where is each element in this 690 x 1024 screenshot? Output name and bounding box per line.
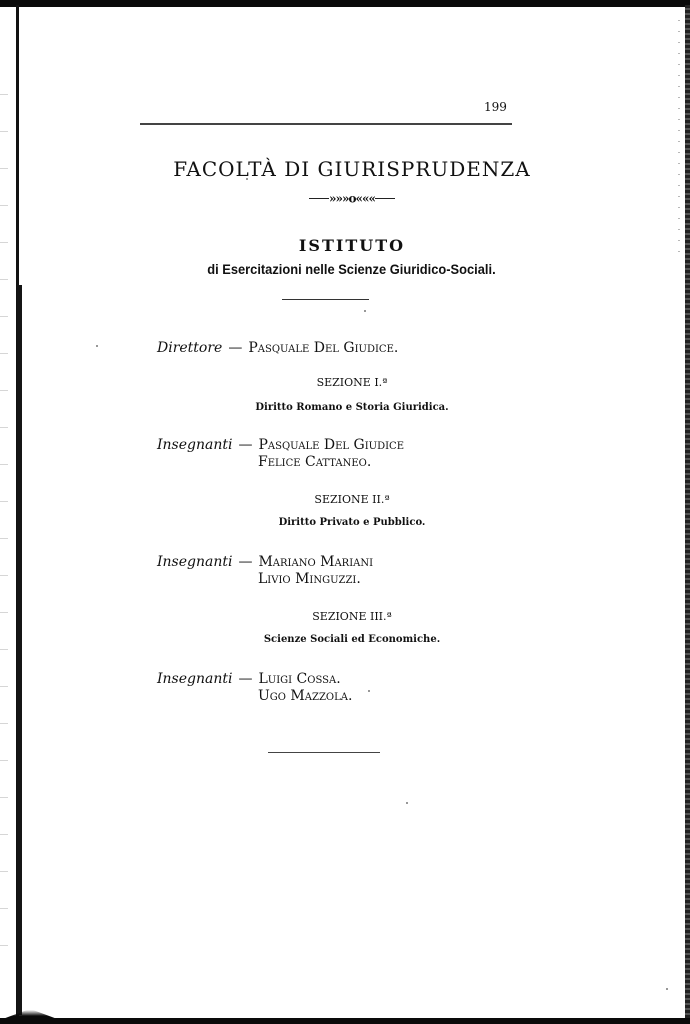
scan-binding-shadow [17,285,22,1015]
teacher-name: Livio Minguzzi. [258,571,361,587]
teacher-name: Ugo Mazzola. [258,688,352,704]
teacher-name: Luigi Cossa. [258,671,340,687]
header-rule [140,123,512,125]
section-divider-rule [282,299,369,300]
page-number: 199 [484,100,507,114]
scan-bottom-border [0,1018,690,1024]
director-line: Direttore—Pasquale Del Giudice. [157,337,398,356]
ornament-line-right [375,198,395,199]
teachers-role: Insegnanti [157,437,232,453]
section-heading: SEZIONE II.ª [0,493,690,506]
scan-left-edge-noise [0,80,8,980]
teacher-name: Felice Cattaneo. [258,454,371,470]
end-rule [268,752,380,753]
scan-speck [364,310,366,312]
teacher-name: Pasquale Del Giudice [258,437,404,453]
scan-speck [368,690,370,692]
section-heading: SEZIONE III.ª [0,610,690,623]
teachers-role: Insegnanti [157,671,232,687]
section-subject: Scienze Sociali ed Economiche. [0,634,690,645]
teachers-line: Insegnanti—Luigi Cossa. [157,668,341,687]
ornament-glyphs: »»»o««« [329,192,375,206]
teachers-role: Insegnanti [157,554,232,570]
dash: — [238,437,252,453]
section-subject: Diritto Privato e Pubblico. [0,517,690,528]
scan-top-border [0,0,690,7]
institute-subtitle: di Esercitazioni nelle Scienze Giuridico… [28,261,663,277]
scan-speck [96,345,98,347]
teachers-line: Insegnanti—Pasquale Del Giudice [157,434,404,453]
ornament-line-left [309,198,329,199]
scan-speck [406,802,408,804]
institute-title: ISTITUTO [0,236,690,255]
dash: — [238,554,252,570]
faculty-title: FACOLTÀ DI GIURISPRUDENZA [0,157,690,181]
section-subject: Diritto Romano e Storia Giuridica. [0,402,690,413]
dash: — [238,671,252,687]
scan-speck [246,178,248,180]
section-heading: SEZIONE I.ª [0,376,690,389]
director-name: Pasquale Del Giudice. [248,340,398,356]
scan-right-edge-noise [678,10,680,260]
teacher-name: Mariano Mariani [258,554,373,570]
ornament-divider: »»»o««« [0,191,690,206]
teachers-line: Insegnanti—Mariano Mariani [157,551,373,570]
scan-speck [666,988,668,990]
dash: — [228,340,242,356]
director-role: Direttore [157,340,222,356]
